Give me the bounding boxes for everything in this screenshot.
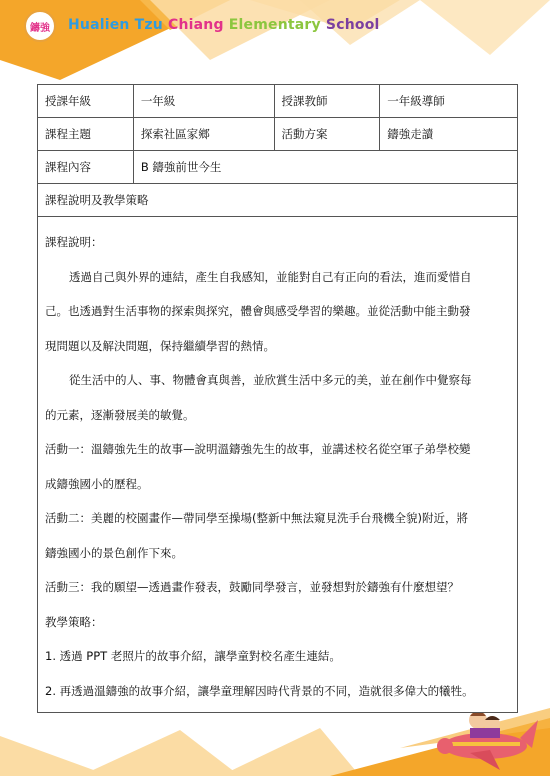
table-row: 課程內容 B 鑄強前世今生 xyxy=(38,151,518,184)
grade-value: 一年級 xyxy=(133,85,274,118)
theme-label: 課程主題 xyxy=(38,118,134,151)
school-name-part: Chiang xyxy=(163,17,229,33)
activity-plan-label: 活動方案 xyxy=(274,118,380,151)
theme-value: 探索社區家鄉 xyxy=(133,118,274,151)
activity-line: 活動一：溫鑄強先生的故事—說明溫鑄強先生的故事，並講述校名從空軍子弟學校變 xyxy=(45,432,510,467)
table-row: 授課年級 一年級 授課教師 一年級導師 xyxy=(38,85,518,118)
activity-line: 活動三：我的願望—透過畫作發表，鼓勵同學發言，並發想對於鑄強有什麼想望？ xyxy=(45,570,510,605)
section-heading: 課程說明： xyxy=(45,225,510,260)
activity-line: 成鑄強國小的歷程。 xyxy=(45,467,510,502)
table-row: 課程說明及教學策略 xyxy=(38,184,518,217)
description-content: 課程說明： 透過自己與外界的連結，產生自我感知，並能對自己有正向的看法，進而愛惜… xyxy=(38,217,518,713)
section-heading: 教學策略： xyxy=(45,605,510,640)
strategy-item: 1. 透過 PPT 老照片的故事介紹，讓學童對校名產生連結。 xyxy=(45,639,510,674)
paragraph-line: 從生活中的人、事、物體會真與善，並欣賞生活中多元的美，並在創作中覺察每 xyxy=(45,363,510,398)
description-strategy-heading: 課程說明及教學策略 xyxy=(38,184,518,217)
activity-plan-value: 鑄強走讀 xyxy=(380,118,518,151)
table-row: 課程說明： 透過自己與外界的連結，產生自我感知，並能對自己有正向的看法，進而愛惜… xyxy=(38,217,518,713)
school-name: Hualien Tzu Chiang Elementary School xyxy=(68,17,380,33)
table-row: 課程主題 探索社區家鄉 活動方案 鑄強走讀 xyxy=(38,118,518,151)
paragraph-line: 己。也透過對生活事物的探索與探究，體會與感受學習的樂趣。並從活動中能主動發 xyxy=(45,294,510,329)
activity-line: 活動二：美麗的校園畫作—帶同學至操場(整新中無法窺見洗手台飛機全貌)附近，將 xyxy=(45,501,510,536)
grade-label: 授課年級 xyxy=(38,85,134,118)
teacher-label: 授課教師 xyxy=(274,85,380,118)
paragraph-line: 的元素，逐漸發展美的敏覺。 xyxy=(45,398,510,433)
lesson-plan-table: 授課年級 一年級 授課教師 一年級導師 課程主題 探索社區家鄉 活動方案 鑄強走… xyxy=(37,84,518,713)
paragraph-line: 現問題以及解決問題，保持繼續學習的熱情。 xyxy=(45,329,510,364)
school-name-part: Hualien xyxy=(68,17,135,33)
paragraph-line: 透過自己與外界的連結，產生自我感知，並能對自己有正向的看法，進而愛惜自 xyxy=(45,260,510,295)
strategy-item: 2. 再透過溫鑄強的故事介紹，讓學童理解因時代背景的不同，造就很多偉大的犧牲。 xyxy=(45,674,510,709)
school-logo: 鑄強 xyxy=(24,10,56,42)
school-name-part: School xyxy=(326,17,380,33)
logo-text: 鑄強 xyxy=(30,19,50,34)
school-name-part: Tzu xyxy=(135,17,163,33)
teacher-value: 一年級導師 xyxy=(380,85,518,118)
school-name-part: Elementary xyxy=(229,17,326,33)
activity-line: 鑄強國小的景色創作下來。 xyxy=(45,536,510,571)
content-label: 課程內容 xyxy=(38,151,134,184)
page-header: 鑄強 Hualien Tzu Chiang Elementary School xyxy=(0,0,550,80)
content-value: B 鑄強前世今生 xyxy=(133,151,517,184)
